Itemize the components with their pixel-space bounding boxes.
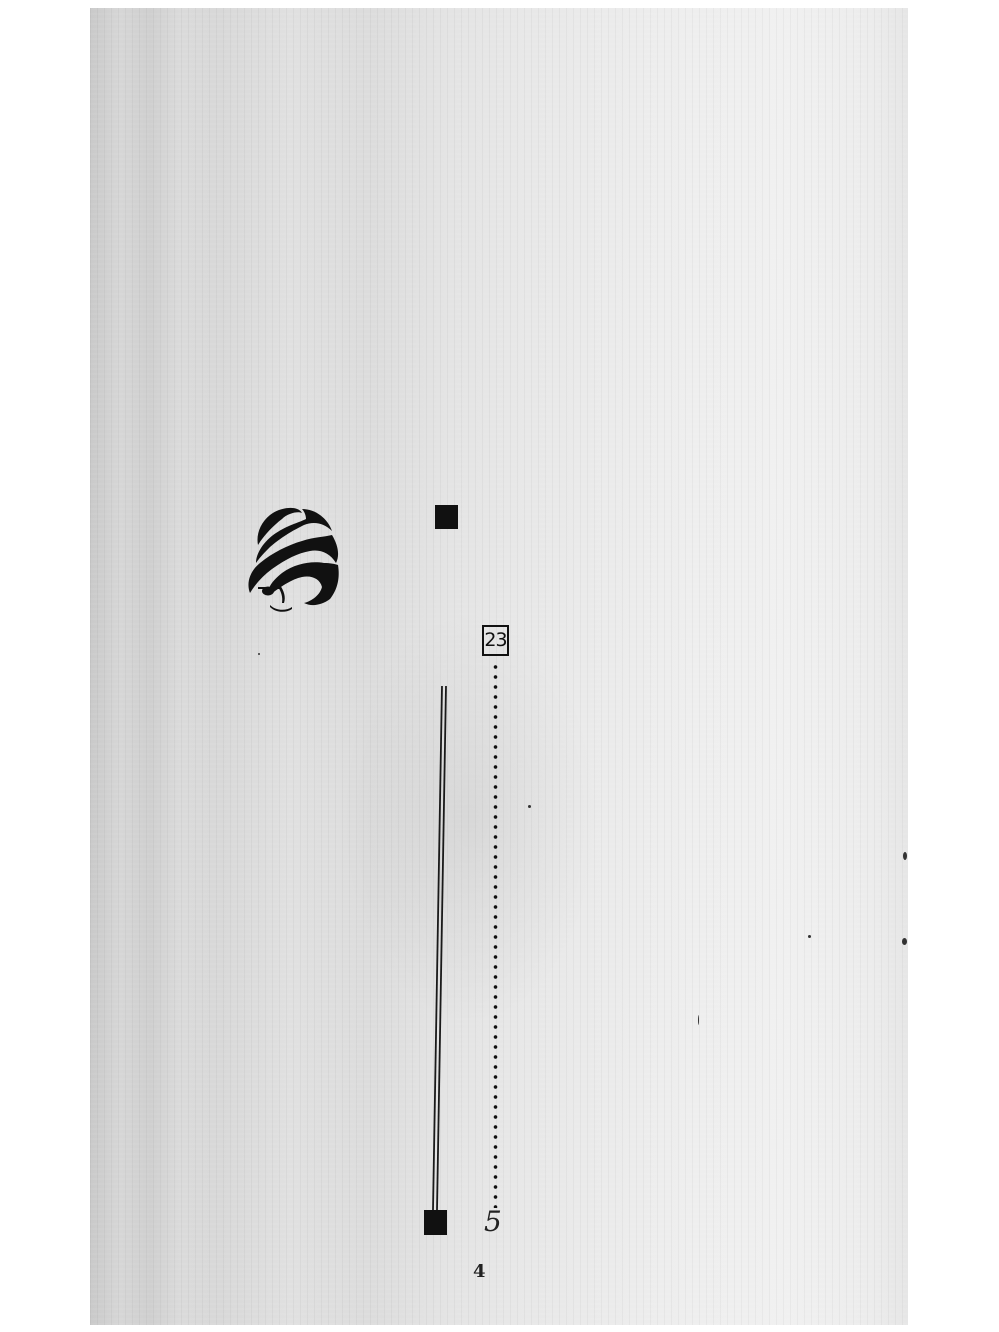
bottom-square-marker: [424, 1210, 447, 1235]
dotted-vertical-line: [493, 662, 498, 1208]
scan-speck: [808, 935, 811, 938]
end-number-label: 5: [484, 1206, 502, 1238]
top-square-marker: [435, 505, 458, 529]
face-logo-icon: [240, 505, 342, 613]
boxed-number-label: 23: [482, 625, 509, 656]
scan-speck: [698, 1015, 699, 1025]
scan-speck: [528, 805, 531, 808]
scanned-page: [90, 8, 908, 1325]
scan-speck: [903, 852, 907, 860]
page-number: 4: [473, 1260, 486, 1284]
scan-speck: [258, 653, 260, 655]
scan-speck: [902, 938, 907, 945]
